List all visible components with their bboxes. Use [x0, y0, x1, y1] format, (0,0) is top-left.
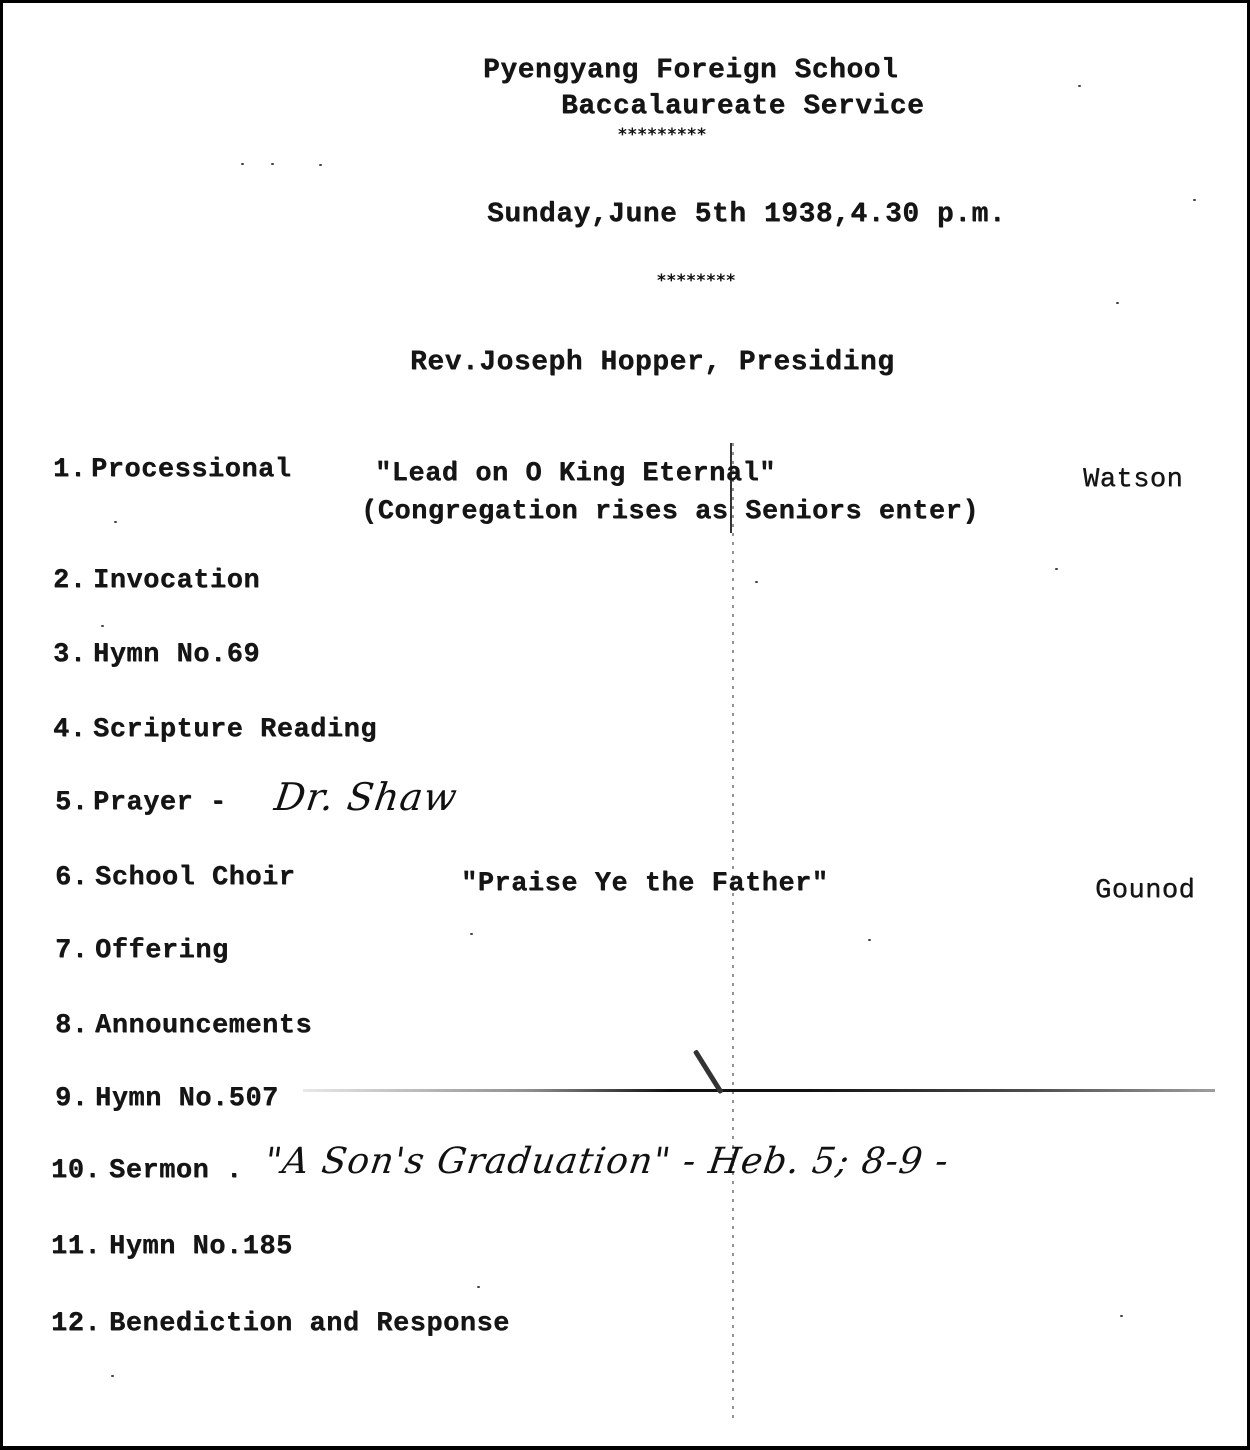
- separator-stars: ********: [657, 271, 736, 291]
- item-number: 11.: [51, 1232, 101, 1262]
- item-number: 8.: [55, 1011, 88, 1041]
- handwritten-annotation: Dr. Shaw: [272, 775, 460, 819]
- item-title: Processional: [91, 455, 291, 485]
- item-title: Offering: [95, 936, 229, 966]
- item-piece-title: "Lead on O King Eternal": [375, 459, 776, 489]
- item-title: Hymn No.185: [109, 1232, 293, 1262]
- item-title: Hymn No.69: [93, 640, 260, 670]
- school-name: Pyengyang Foreign School: [483, 55, 898, 86]
- horizontal-fold-line: [303, 1089, 1215, 1092]
- scan-speck: [1193, 199, 1196, 201]
- scan-speck: [319, 164, 322, 166]
- scan-speck: [1116, 302, 1119, 304]
- item-number: 9.: [55, 1084, 88, 1114]
- item-number: 10.: [51, 1156, 101, 1186]
- item-title: Announcements: [95, 1011, 312, 1041]
- item-number: 5.: [55, 788, 88, 818]
- scan-speck: [111, 1375, 114, 1377]
- presiding-line: Rev.Joseph Hopper, Presiding: [410, 347, 894, 378]
- scan-speck: [101, 625, 104, 627]
- date-line: Sunday,June 5th 1938,4.30 p.m.: [487, 199, 1006, 230]
- item-number: 4.: [53, 715, 86, 745]
- service-title: Baccalaureate Service: [561, 91, 924, 122]
- item-number: 3.: [53, 640, 86, 670]
- item-title: School Choir: [95, 863, 295, 893]
- scan-speck: [470, 933, 473, 935]
- item-note: (Congregation rises as Seniors enter): [361, 497, 979, 527]
- scan-speck: [755, 581, 758, 583]
- scanned-program-page: Pyengyang Foreign School Baccalaureate S…: [0, 0, 1250, 1450]
- handwritten-annotation: "A Son's Graduation" - Heb. 5; 8-9 -: [262, 1141, 951, 1182]
- item-title: Hymn No.507: [95, 1084, 279, 1114]
- item-title: Scripture Reading: [93, 715, 377, 745]
- item-title: Prayer -: [93, 788, 227, 818]
- item-number: 2.: [53, 566, 86, 596]
- scan-speck: [114, 521, 117, 523]
- scan-speck: [868, 939, 871, 941]
- vertical-fold-line: [732, 443, 734, 1423]
- item-number: 6.: [55, 863, 88, 893]
- item-composer: Gounod: [1095, 876, 1195, 906]
- fold-crease-mark: [693, 1049, 724, 1094]
- item-title: Benediction and Response: [109, 1309, 510, 1339]
- item-title: Invocation: [93, 566, 260, 596]
- item-title: Sermon .: [109, 1156, 243, 1186]
- scan-speck: [1055, 568, 1058, 570]
- scan-speck: [241, 163, 244, 165]
- scan-speck: [271, 163, 274, 165]
- item-composer: Watson: [1083, 465, 1183, 495]
- scan-speck: [477, 1286, 480, 1288]
- item-number: 12.: [51, 1309, 101, 1339]
- scan-speck: [1120, 1315, 1123, 1317]
- scan-speck: [1078, 85, 1081, 87]
- item-piece-title: "Praise Ye the Father": [461, 869, 828, 899]
- separator-stars: *********: [618, 125, 707, 145]
- item-number: 7.: [55, 936, 88, 966]
- item-number: 1.: [53, 455, 86, 485]
